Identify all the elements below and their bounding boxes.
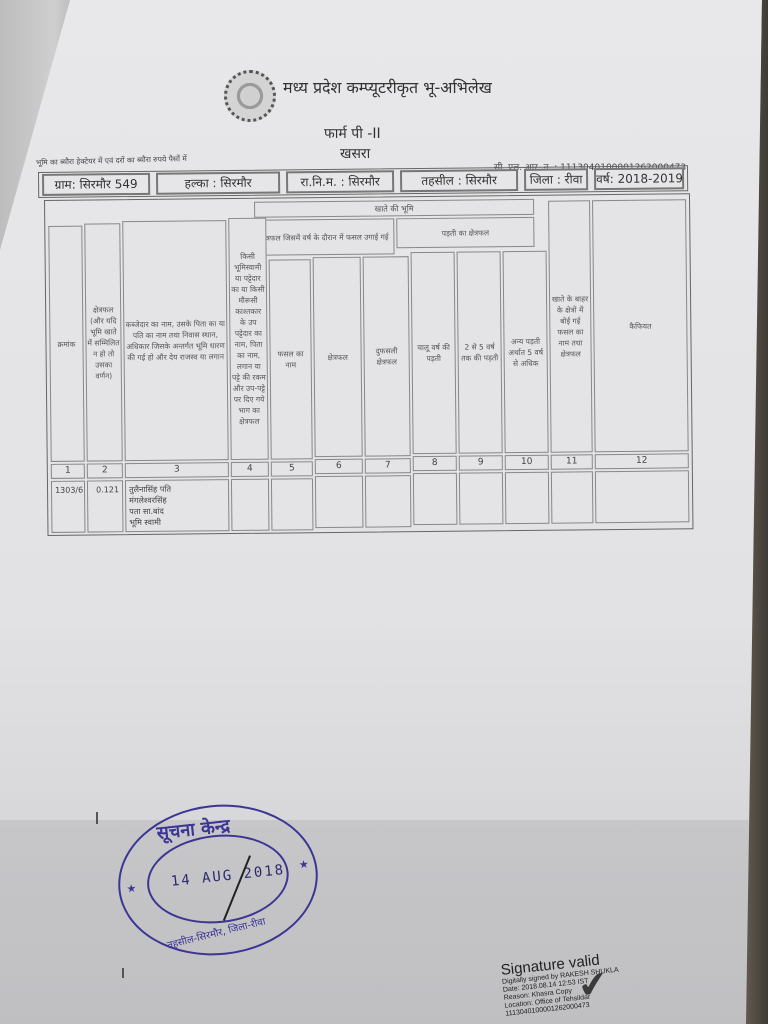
header-fasal-kshetrafal: क्षेत्रफल bbox=[313, 257, 363, 457]
header-anya-padti: अन्य पड़ती अर्थात 5 वर्ष से अधिक bbox=[503, 251, 549, 453]
star-icon: ★ bbox=[298, 857, 309, 871]
header-chalu-padti: चालू वर्ष की पड़ती bbox=[411, 252, 457, 454]
cell-kramank: 1303/6 bbox=[51, 481, 86, 533]
kabjedar-line: भूमि स्वामी bbox=[129, 517, 161, 528]
col-num-10: 10 bbox=[505, 455, 549, 470]
header-bahar-fasal: खाते के बाहर के क्षेत्रों में बोई गई फसल… bbox=[548, 200, 593, 452]
cell-kabjedar: तुलैनासिंह पति मंगलेश्वरसिंह पता सा.बांद… bbox=[125, 479, 230, 532]
halka-field: हल्का : सिरमौर bbox=[156, 171, 280, 194]
header-2-5-padti: 2 से 5 वर्ष तक की पड़ती bbox=[457, 251, 503, 453]
cell-kshetrafal: 0.121 bbox=[87, 480, 124, 532]
group-header-khate-ki-bhumi: खाते की भूमि bbox=[254, 199, 534, 218]
col-num-11: 11 bbox=[551, 454, 593, 469]
cell-7 bbox=[365, 475, 412, 527]
header-dufasli: दुफसली क्षेत्रफल bbox=[363, 256, 411, 456]
header-kabjedar: कब्जेदार का नाम, उसके पिता का या पति का … bbox=[122, 220, 229, 461]
col-num-9: 9 bbox=[459, 455, 503, 470]
pen-mark bbox=[122, 968, 124, 978]
pen-mark bbox=[96, 812, 98, 824]
document-title: मध्य प्रदेश कम्प्यूटरीकृत भू-अभिलेख bbox=[283, 76, 492, 98]
col-num-1: 1 bbox=[51, 464, 85, 479]
cell-12 bbox=[595, 470, 690, 523]
form-name: फार्म पी -II bbox=[324, 124, 381, 143]
varsh-field: वर्ष: 2018-2019 bbox=[594, 167, 684, 190]
emblem-logo-icon bbox=[224, 70, 276, 122]
star-icon: ★ bbox=[126, 882, 137, 896]
zila-field: जिला : रीवा bbox=[524, 168, 588, 191]
tehsil-field: तहसील : सिरमौर bbox=[400, 169, 518, 192]
col-num-4: 4 bbox=[231, 462, 269, 477]
header-patedar: किसी भूमिस्वामी या पट्टेदार का या किसी म… bbox=[228, 218, 269, 460]
cell-11 bbox=[551, 471, 594, 523]
col-num-6: 6 bbox=[315, 459, 363, 475]
cell-4 bbox=[231, 479, 270, 531]
kabjedar-line: पता सा.बांद bbox=[129, 506, 164, 517]
gram-field: ग्राम: सिरमौर 549 bbox=[42, 173, 150, 196]
kabjedar-line: तुलैनासिंह पति bbox=[129, 484, 171, 495]
header-kshetrafal: क्षेत्रफल (और यदि भूमि खाते में सम्मिलित… bbox=[84, 223, 122, 461]
cell-6 bbox=[315, 476, 364, 528]
col-num-7: 7 bbox=[365, 458, 411, 473]
kabjedar-line: मंगलेश्वरसिंह bbox=[129, 495, 167, 506]
header-kaifiyat: कैफियत bbox=[592, 199, 689, 452]
col-num-3: 3 bbox=[125, 462, 229, 478]
col-num-8: 8 bbox=[413, 456, 457, 471]
khasra-table: खाते की भूमि क्षेत्रफल जिसमें वर्ष के दौ… bbox=[44, 193, 693, 536]
cell-10 bbox=[505, 472, 550, 524]
ranim-field: रा.नि.म. : सिरमौर bbox=[286, 170, 394, 193]
col-num-12: 12 bbox=[595, 453, 689, 469]
group-header-fasal: क्षेत्रफल जिसमें वर्ष के दौरान में फसल उ… bbox=[254, 218, 394, 255]
cell-8 bbox=[413, 473, 458, 525]
header-kramank: क्रमांक bbox=[48, 226, 84, 462]
cell-9 bbox=[459, 472, 504, 524]
cell-5 bbox=[271, 478, 314, 530]
form-subtitle: खसरा bbox=[340, 144, 370, 163]
header-fasal-naam: फसल का नाम bbox=[269, 259, 313, 459]
col-num-2: 2 bbox=[87, 463, 123, 478]
signature-stroke bbox=[223, 855, 251, 921]
stamp-date: 14 AUG 2018 bbox=[170, 862, 286, 890]
group-header-padti: पड़ती का क्षेत्रफल bbox=[396, 217, 534, 248]
col-num-5: 5 bbox=[271, 461, 313, 476]
checkmark-icon: ✔ bbox=[575, 963, 611, 1008]
